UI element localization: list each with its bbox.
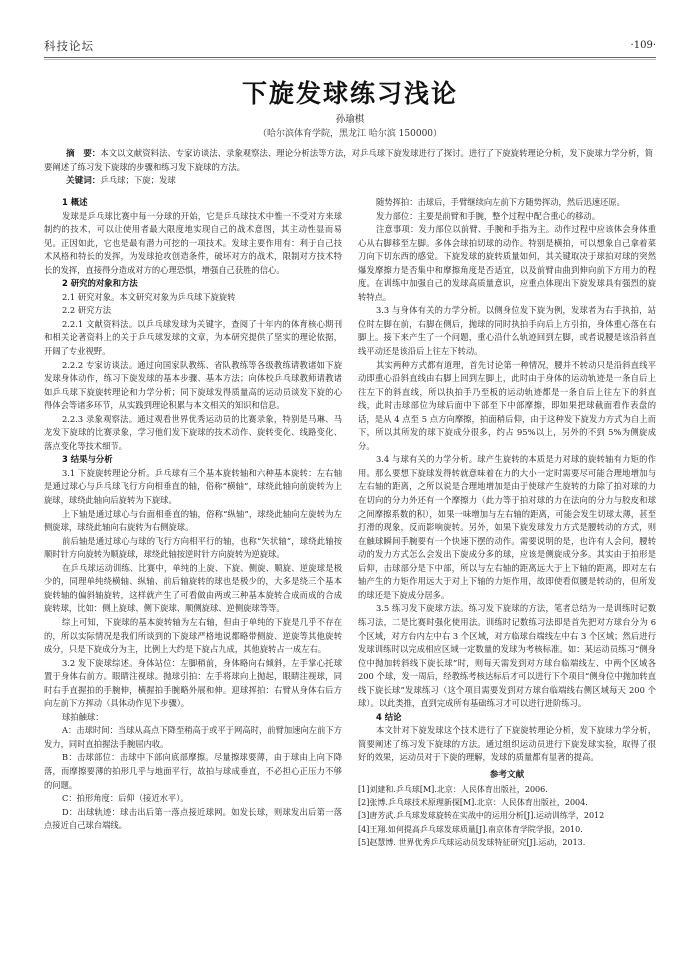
body-paragraph: D：出球轨迹：球击出后第一落点接近球网。如发长球，则球发出后第一落点接近自己球台… <box>44 806 342 833</box>
body-paragraph: 球拍触球： <box>44 711 342 725</box>
body-paragraph: 本文针对下旋发球这个技术进行了下旋旋转理论分析，发下旋球力学分析，简要阐述了练习… <box>358 724 656 765</box>
references-title: 参考文献 <box>358 769 656 783</box>
body-paragraph: B：击球部位：击球中下部向底部摩擦。尽量擦球要薄，由于球由上向下降落，而摩擦要薄… <box>44 751 342 792</box>
right-column: 随势挥拍：击球后，手臂继续向左前下方随势挥动，然后迅速还原。发力部位：主要是前臂… <box>358 196 656 850</box>
abstract-text: 本文以文献资料法、专家访谈法、录象观察法、理论分析法等方法，对乒乓球下旋发球进行… <box>44 148 653 172</box>
body-paragraph: 上下轴是通过球心与台面相垂直的轴，俗称“纵轴”，球绕此轴向左旋转为左侧旋球，球绕… <box>44 508 342 535</box>
section-heading: 4 结论 <box>358 711 656 725</box>
body-paragraph: 在乒乓球运动训练、比赛中，单纯的上旋、下旋、侧旋、顺旋、逆旋球是极少的，同理单纯… <box>44 562 342 616</box>
author-name: 孙瑜棋 <box>0 111 700 125</box>
page-number: ·109· <box>631 40 656 51</box>
body-paragraph: 2.2.1 文献资料法。以乒乓球发球为关键字，查阅了十年内的体育核心期刊和相关论… <box>44 318 342 359</box>
body-paragraph: 注意事项：发力部位以前臂、手腕和手指为主。动作过程中应该体会身体重心从右脚移至左… <box>358 223 656 304</box>
abstract: 摘 要：本文以文献资料法、专家访谈法、录象观察法、理论分析法等方法，对乒乓球下旋… <box>44 147 656 173</box>
reference-item: [3]唐芳武.乒乓球发球旋转在实战中的运用分析[J].运动训练学，2012 <box>358 809 656 822</box>
body-paragraph: 2.1 研究对象。本文研究对象为乒乓球下旋旋转 <box>44 291 342 305</box>
left-column: 1 概述发球是乒乓球比赛中每一分球的开始，它是乒乓球技术中惟一不受对方来球制约的… <box>44 196 342 833</box>
running-head: 科技论坛 ·109· <box>44 38 656 58</box>
body-paragraph: 发球是乒乓球比赛中每一分球的开始，它是乒乓球技术中惟一不受对方来球制约的技术，可… <box>44 210 342 278</box>
journal-section-name: 科技论坛 <box>44 38 94 54</box>
body-paragraph: 2.2.2 专家访谈法。通过向国家队教练、省队教练等各级教练请教诸如下旋发球身体… <box>44 359 342 413</box>
article-title: 下旋发球练习浅论 <box>0 74 700 110</box>
header-rule <box>44 57 656 60</box>
body-paragraph: 3.4 与球有关的力学分析。球产生旋转的本质是力对球的旋转轴有力矩的作用。那么要… <box>358 453 656 602</box>
author-affiliation: （哈尔滨体育学院，黑龙江 哈尔滨 150000） <box>0 126 700 139</box>
journal-page: 科技论坛 ·109· 下旋发球练习浅论 孙瑜棋 （哈尔滨体育学院，黑龙江 哈尔滨… <box>0 0 700 967</box>
body-paragraph: 2.2.3 录象观察法。通过观看世界优秀运动员的比赛录象，特别是马琳、马龙发下旋… <box>44 413 342 454</box>
body-paragraph: 随势挥拍：击球后，手臂继续向左前下方随势挥动，然后迅速还原。 <box>358 196 656 210</box>
body-paragraph: 3.3 与身体有关的力学分析。以侧身位发下旋为例，发球者为右手执拍，站位时左脚在… <box>358 304 656 358</box>
keywords: 关键词：乒乓球；下旋；发球 <box>44 174 656 188</box>
body-paragraph: 其实两种方式都有道理，首先讨论第一种情况，腰并不转动只是沿斜直线平动即重心沿斜直… <box>358 359 656 454</box>
body-paragraph: C：拍形角度：后仰（接近水平）。 <box>44 792 342 806</box>
body-paragraph: 3.2 发下旋球综述。身体站位：左脚稍前，身体略向右倾斜，左手掌心托球置于身体右… <box>44 657 342 711</box>
body-paragraph: 3.1 下旋旋转理论分析。乒乓球有三个基本旋转轴和六种基本旋转：左右轴是通过球心… <box>44 467 342 508</box>
body-paragraph: 综上可知，下旋球的基本旋转轴为左右轴，但由于单纯的下旋是几乎不存在的，所以实际情… <box>44 616 342 657</box>
section-heading: 3 结果与分析 <box>44 453 342 467</box>
right-column-body: 随势挥拍：击球后，手臂继续向左前下方随势挥动，然后迅速还原。发力部位：主要是前臂… <box>358 196 656 765</box>
abstract-label: 摘 要： <box>66 149 100 159</box>
body-paragraph: 前后轴是通过球心与球的飞行方向相平行的轴，也称“矢状轴”，球绕此轴按顺时针方向旋… <box>44 535 342 562</box>
section-heading: 2 研究的对象和方法 <box>44 277 342 291</box>
body-paragraph: 3.5 练习发下旋球方法。练习发下旋球的方法，笔者总结为一是训练时记数练习法，二… <box>358 602 656 710</box>
reference-item: [5]赵慧博. 世界优秀乒乓球运动员发球特征研究[J].运动，2013. <box>358 836 656 849</box>
body-paragraph: 发力部位：主要是前臂和手腕，整个过程中配合重心的移动。 <box>358 210 656 224</box>
reference-item: [1]刘建和.乒乓球[M].北京：人民体育出版社，2006. <box>358 783 656 796</box>
reference-item: [4]王翔.如何提高乒乓球发球质量[J].南京体育学院学报，2010. <box>358 823 656 836</box>
body-paragraph: A：击球时间：当球从高点下降至稍高于或平于网高时，前臂加速向左前下方发力，同时直… <box>44 724 342 751</box>
reference-list: [1]刘建和.乒乓球[M].北京：人民体育出版社，2006.[2]张博.乒乓球技… <box>358 783 656 850</box>
keywords-label: 关键词： <box>66 176 100 186</box>
section-heading: 1 概述 <box>44 196 342 210</box>
body-paragraph: 2.2 研究方法 <box>44 304 342 318</box>
reference-item: [2]张博.乒乓球技术原理新探[M].北京：人民体育出版社，2004. <box>358 796 656 809</box>
keywords-text: 乒乓球；下旋；发球 <box>100 175 175 185</box>
